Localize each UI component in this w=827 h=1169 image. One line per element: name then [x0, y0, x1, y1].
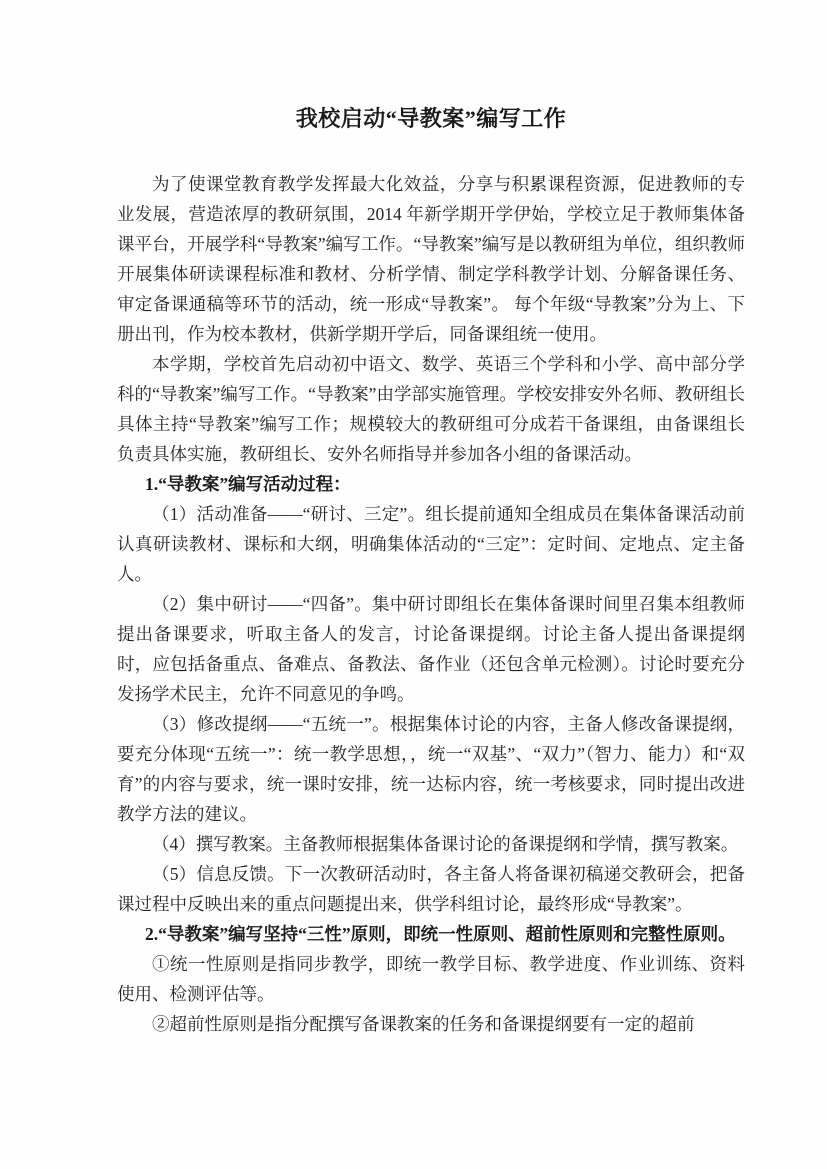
paragraph: （2）集中研讨——“四备”。集中研讨即组长在集体备课时间里召集本组教师提出备课要… — [117, 589, 745, 709]
paragraph: 为了使课堂教育教学发挥最大化效益，分享与积累课程资源，促进教师的专业发展，营造浓… — [117, 169, 745, 349]
paragraph: ②超前性原则是指分配撰写备课教案的任务和备课提纲要有一定的超前 — [117, 1009, 745, 1039]
document-page: 我校启动“导教案”编写工作 为了使课堂教育教学发挥最大化效益，分享与积累课程资源… — [0, 0, 827, 1169]
paragraph: 本学期，学校首先启动初中语文、数学、英语三个学科和小学、高中部分学科的“导教案”… — [117, 349, 745, 469]
paragraph: （1）活动准备——“研讨、三定”。组长提前通知全组成员在集体备课活动前认真研读教… — [117, 499, 745, 589]
document-content: 我校启动“导教案”编写工作 为了使课堂教育教学发挥最大化效益，分享与积累课程资源… — [117, 102, 745, 1039]
paragraph: （4）撰写教案。主备教师根据集体备课讨论的备课提纲和学情，撰写教案。 — [117, 829, 745, 859]
paragraph: （3）修改提纲——“五统一”。根据集体讨论的内容，主备人修改备课提纲，要充分体现… — [117, 709, 745, 829]
section-heading: 1.“导教案”编写活动过程： — [117, 469, 745, 499]
paragraph: ①统一性原则是指同步教学，即统一教学目标、教学进度、作业训练、资料使用、检测评估… — [117, 949, 745, 1009]
section-heading: 2.“导教案”编写坚持“三性”原则，即统一性原则、超前性原则和完整性原则。 — [117, 919, 745, 949]
paragraph: （5）信息反馈。下一次教研活动时，各主备人将备课初稿递交教研会，把备课过程中反映… — [117, 859, 745, 919]
document-body: 为了使课堂教育教学发挥最大化效益，分享与积累课程资源，促进教师的专业发展，营造浓… — [117, 169, 745, 1039]
document-title: 我校启动“导教案”编写工作 — [117, 102, 745, 136]
